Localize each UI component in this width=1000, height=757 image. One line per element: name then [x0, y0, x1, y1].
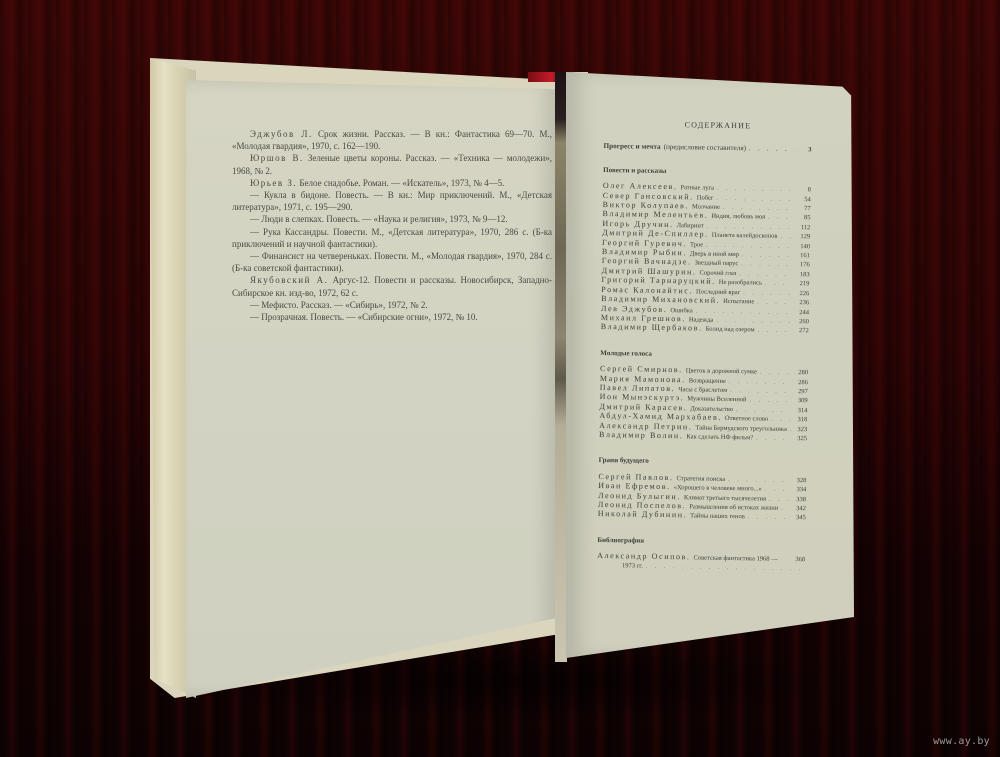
- page-number: 8: [797, 186, 811, 195]
- toc-intro: Прогресс и мечта (предисловие составител…: [604, 142, 812, 155]
- bib-entry: — Люди в слепках. Повесть. — «Наука и ре…: [232, 213, 552, 225]
- intro-subtitle: (предисловие составителя): [664, 143, 747, 153]
- leader-dots: [757, 299, 792, 308]
- entry-author: Александр Осипов.: [597, 552, 691, 562]
- leader-dots: [749, 146, 795, 155]
- entry-title: Как сделать НФ фильм?: [686, 433, 753, 442]
- toc-section: Повести и рассказыОлег Алексеев.Ратные л…: [601, 166, 812, 336]
- entry-title: Побег: [697, 194, 714, 203]
- leader-dots: [706, 241, 793, 251]
- leader-dots: [743, 289, 792, 298]
- page-number: 342: [792, 505, 806, 514]
- leader-dots: [768, 214, 794, 223]
- entry-title: «Хорошего в человеке много...»: [674, 484, 762, 494]
- leader-dots: [760, 369, 791, 378]
- toc-title: СОДЕРЖАНИЕ: [624, 120, 812, 131]
- page-number: 338: [792, 496, 806, 505]
- page-number: 286: [794, 379, 808, 388]
- page-number: 112: [796, 224, 810, 233]
- entry-title: Дверь в иной мир: [690, 250, 739, 259]
- page-number: 161: [796, 252, 810, 261]
- toc-section-title: Библиография: [597, 536, 805, 548]
- page-number: 334: [792, 486, 806, 495]
- bibliography-text: Эджубов Л. Срок жизни. Рассказ. — В кн.:…: [232, 128, 552, 323]
- page-number: 325: [793, 435, 807, 444]
- entry-title: Испытание: [723, 298, 754, 307]
- bib-entry: — Финансист на четвереньках. Повести. М.…: [232, 250, 552, 274]
- entry-title: Мужчины Вселенной: [687, 396, 746, 405]
- page-number: 345: [792, 514, 806, 523]
- page-number: 328: [792, 477, 806, 486]
- page-number: 297: [794, 388, 808, 397]
- page-number: 183: [796, 271, 810, 280]
- leader-dots: [723, 204, 794, 214]
- page-number: 309: [794, 397, 808, 406]
- leader-dots: [748, 514, 789, 523]
- page-number: 314: [793, 407, 807, 416]
- toc-section-title: Повести и рассказы: [603, 166, 811, 178]
- leader-dots: [707, 222, 794, 232]
- watermark: www.ay.by: [933, 736, 990, 747]
- leader-dots: [717, 185, 794, 195]
- intro-title: Прогресс и мечта: [604, 142, 661, 151]
- entry-title-cont: 1973 гг.: [622, 562, 643, 571]
- entry-title: Размышления об истоках жизни: [689, 503, 778, 513]
- page-number: 318: [793, 416, 807, 425]
- page-number: 54: [797, 196, 811, 205]
- toc-section: БиблиографияАлександр Осипов.Советская ф…: [597, 536, 806, 573]
- leader-dots: [780, 233, 793, 242]
- bib-entry: — Рука Кассандры. Повести. М., «Детская …: [232, 226, 552, 250]
- entry-title: Цветок в дорожной сумке: [686, 367, 757, 377]
- leader-dots: [749, 397, 790, 406]
- page-number: 219: [795, 280, 809, 289]
- entry-title: Стратегия поиска: [676, 475, 725, 484]
- entry-title: Не разобрались: [719, 279, 762, 288]
- bib-entry: — Мефисто. Рассказ. — «Сибирь», 1972, № …: [232, 299, 552, 311]
- book-spine: [555, 72, 567, 662]
- page-number: 129: [796, 233, 810, 242]
- page-number: 140: [796, 243, 810, 252]
- toc-section-title: Грани будущего: [599, 456, 807, 468]
- entry-title: Болид над озером: [706, 326, 755, 335]
- leader-dots: [728, 476, 789, 485]
- bib-entry: Юрьев З. Белое снадобье. Роман. — «Искат…: [232, 177, 552, 189]
- bib-entry: — Кукла в бидоне. Повесть. — В кн.: Мир …: [232, 189, 552, 213]
- bib-entry: Юршов В. Зеленые цветы короны. Рассказ. …: [232, 152, 552, 176]
- entry-title: Индия, любовь моя: [711, 213, 765, 222]
- page-number: 260: [795, 318, 809, 327]
- page-number: 280: [794, 369, 808, 378]
- leader-dots: [771, 416, 790, 425]
- page-number: 236: [795, 299, 809, 308]
- entry-author: Владимир Волин.: [599, 431, 683, 441]
- page-number: 3: [797, 146, 811, 155]
- leader-dots: [765, 280, 793, 289]
- toc-section: Грани будущегоСергей Павлов.Стратегия по…: [598, 456, 807, 523]
- table-of-contents: СОДЕРЖАНИЕ Прогресс и мечта (предисловие…: [597, 120, 812, 589]
- leader-dots: [716, 194, 793, 204]
- entry-title: Часы с браслетом: [678, 386, 727, 395]
- leader-dots: [781, 505, 789, 514]
- entry-title: Тайна Бермудского треугольника: [695, 424, 787, 434]
- toc-sections: Повести и рассказыОлег Алексеев.Ратные л…: [597, 166, 811, 573]
- entry-author: Владимир Щербаков.: [601, 323, 703, 333]
- leader-dots: [741, 261, 793, 270]
- entry-title: Звездный парус: [695, 260, 739, 269]
- bib-entry: Якубовский А. Аргус-12. Повести и расска…: [232, 274, 552, 298]
- entry-title: Трое: [690, 241, 703, 250]
- entry-title: Планета калейдоскопов: [712, 232, 778, 241]
- toc-section-title: Молодые голоса: [600, 349, 808, 361]
- entry-title: Тайны наших генов: [690, 513, 745, 522]
- page-number: 77: [797, 205, 811, 214]
- entry-title: Возвращение: [689, 377, 726, 386]
- leader-dots: [765, 486, 790, 495]
- page-number: 272: [795, 327, 809, 336]
- photo-scene: Эджубов Л. Срок жизни. Рассказ. — В кн.:…: [0, 0, 1000, 757]
- leader-dots: [729, 378, 791, 387]
- leader-dots: [696, 307, 792, 317]
- leader-dots: [646, 562, 802, 573]
- page-number: 226: [795, 290, 809, 299]
- leader-dots: [758, 327, 792, 336]
- leader-dots: [736, 406, 790, 415]
- bib-entry: Эджубов Л. Срок жизни. Рассказ. — В кн.:…: [232, 128, 552, 152]
- leader-dots: [769, 495, 789, 504]
- leader-dots: [716, 317, 792, 327]
- entry-title: Ответное слово: [725, 415, 768, 424]
- toc-section: Молодые голосаСергей Смирнов.Цветок в до…: [599, 349, 808, 444]
- entry-title: Климат третьего тысячелетия: [684, 494, 766, 504]
- leader-dots: [739, 270, 792, 279]
- page-number: 323: [793, 426, 807, 435]
- bib-entry: — Прозрачная. Повесть. — «Сибирские огни…: [232, 311, 552, 323]
- page-number: 244: [795, 309, 809, 318]
- leader-dots: [730, 387, 791, 396]
- page-number: 368: [791, 556, 805, 565]
- page-number: 85: [796, 214, 810, 223]
- page-number: 176: [796, 261, 810, 270]
- entry-author: Николай Дубинин.: [598, 510, 688, 520]
- leader-dots: [756, 434, 790, 443]
- leader-dots: [742, 251, 793, 260]
